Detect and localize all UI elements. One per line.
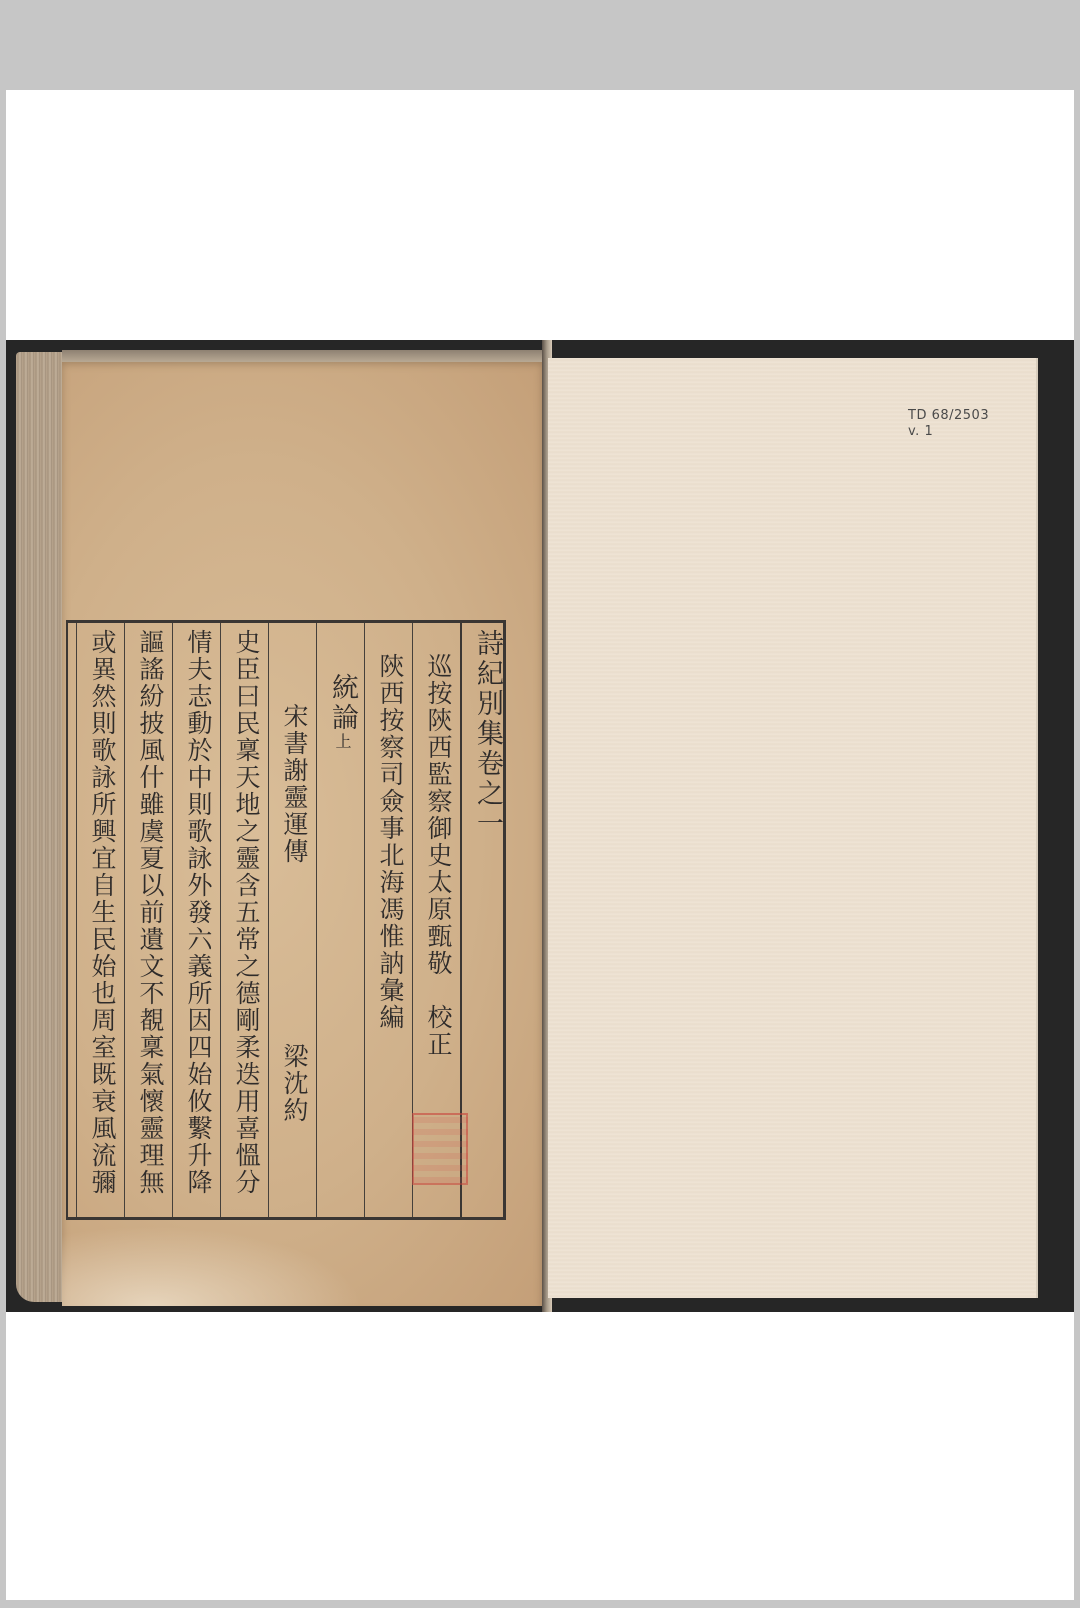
book-title: 詩紀別集卷之一 (462, 629, 510, 839)
page-stain (62, 1226, 362, 1306)
left-page-top-edge (62, 350, 542, 362)
body-line-1: 史臣曰民稟天地之靈含五常之德剛柔迭用喜慍分 (221, 629, 269, 1196)
right-page: TD 68/2503 v. 1 (548, 358, 1038, 1298)
body-line-4: 或異然則歌詠所興宜自生民始也周室既衰風流彌 (77, 629, 125, 1196)
shelfmark-annotation: TD 68/2503 v. 1 (908, 408, 989, 440)
column-section-heading: 統論上 (316, 623, 364, 1217)
body-line-2: 情夫志動於中則歌詠外發六義所因四始攸繫升降 (173, 629, 221, 1196)
section-heading: 統論上 (317, 673, 365, 752)
body-line-3: 謳謠紛披風什雖虞夏以前遺文不覩稟氣懷靈理無 (125, 629, 173, 1196)
column-body-1: 史臣曰民稟天地之靈含五常之德剛柔迭用喜慍分 (220, 623, 268, 1217)
column-body-3: 謳謠紛披風什雖虞夏以前遺文不覩稟氣懷靈理無 (124, 623, 172, 1217)
compiler-line-2: 陝西按察司僉事北海馮惟訥彙編 (365, 653, 413, 1031)
shelfmark-call-number: TD 68/2503 (908, 408, 989, 424)
section-heading-sub: 上 (333, 733, 352, 752)
printed-text-block: 詩紀別集卷之一 巡按陝西監察御史太原甄敬 校正 陝西按察司僉事北海馮惟訥彙編 統… (66, 620, 506, 1220)
column-body-4: 或異然則歌詠所興宜自生民始也周室既衰風流彌 (76, 623, 124, 1217)
shelfmark-volume: v. 1 (908, 424, 989, 440)
source-author: 梁沈約 (269, 1043, 317, 1124)
red-seal-stamp (412, 1113, 468, 1185)
column-body-2: 情夫志動於中則歌詠外發六義所因四始攸繫升降 (172, 623, 220, 1217)
viewer-bottom-border (0, 1600, 1080, 1608)
column-source: 宋書謝靈運傳 梁沈約 (268, 623, 316, 1217)
section-heading-text: 統論 (327, 673, 358, 733)
source-title: 宋書謝靈運傳 (269, 703, 317, 865)
column-compiler-2: 陝西按察司僉事北海馮惟訥彙編 (364, 623, 412, 1217)
compiler-line-1: 巡按陝西監察御史太原甄敬 校正 (413, 653, 461, 1058)
book-photo: 詩紀別集卷之一 巡按陝西監察御史太原甄敬 校正 陝西按察司僉事北海馮惟訥彙編 統… (6, 340, 1074, 1312)
viewer-top-band (0, 0, 1080, 90)
left-page: 詩紀別集卷之一 巡按陝西監察御史太原甄敬 校正 陝西按察司僉事北海馮惟訥彙編 統… (62, 358, 542, 1306)
